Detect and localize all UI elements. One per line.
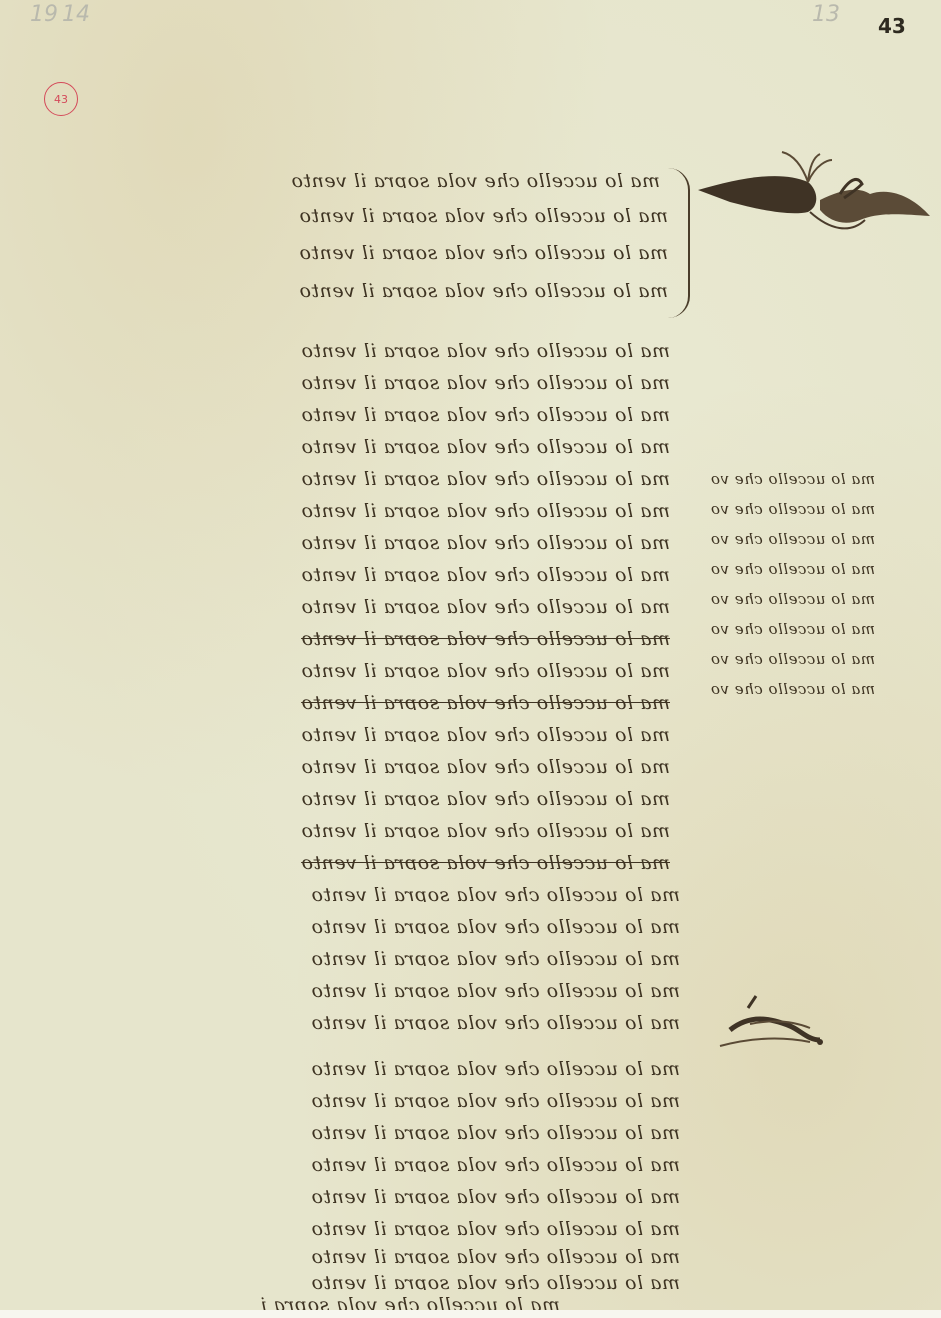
text-line: ma lo uccello che vola sopra il vento: [80, 1154, 680, 1172]
text-line: ma lo uccello che vola sopra il vento: [80, 1218, 680, 1236]
text-line: ma lo uccello che vola sopra il vento: [80, 1272, 680, 1290]
text-line: ma lo uccello che vola sopra il vento: [80, 1012, 680, 1030]
text-line: ma lo uccello che vola sopra il vento: [710, 650, 875, 668]
text-line: ma lo uccello che vola sopra il vento: [80, 980, 680, 998]
text-line-struck: ma lo uccello che vola sopra il vento: [80, 692, 670, 710]
text-line: ma lo uccello che vola sopra il vento: [80, 564, 670, 582]
text-line: ma lo uccello che vola sopra il vento: [80, 916, 680, 934]
text-line: ma lo uccello che vola sopra il vento: [80, 660, 670, 678]
text-line: ma lo uccello che vola sopra il vento: [710, 470, 875, 488]
text-line-struck: ma lo uccello che vola sopra il vento: [80, 628, 670, 646]
text-line: ma lo uccello che vola sopra il vento: [80, 280, 668, 298]
pencil-folio-mark: 19: [30, 2, 58, 27]
text-line: ma lo uccello che vola sopra il vento: [710, 560, 875, 578]
stamp-number: 43: [54, 93, 68, 106]
paragraph-bracket: [668, 168, 690, 318]
library-stamp: 43: [44, 82, 78, 116]
text-line: ma lo uccello che vola sopra il vento: [80, 404, 670, 422]
text-line: ma lo uccello che vola sopra il vento: [80, 756, 670, 774]
text-line: ma lo uccello che vola sopra il vento: [80, 170, 660, 188]
text-line: ma lo uccello che vola sopra il vento: [80, 532, 670, 550]
text-line-struck: ma lo uccello che vola sopra il vento: [80, 852, 670, 870]
text-line: ma lo uccello che vola sopra il vento: [260, 1294, 560, 1310]
bird-gliding-icon: [720, 990, 840, 1050]
text-line: ma lo uccello che vola sopra il vento: [80, 205, 668, 223]
text-line: ma lo uccello che vola sopra il vento: [80, 1090, 680, 1108]
text-line: ma lo uccello che vola sopra il vento: [80, 820, 670, 838]
text-line: ma lo uccello che vola sopra il vento: [80, 242, 668, 260]
text-line: ma lo uccello che vola sopra il vento: [710, 680, 875, 698]
text-line: ma lo uccello che vola sopra il vento: [710, 590, 875, 608]
pencil-folio-mark: 13: [812, 2, 840, 27]
text-line: ma lo uccello che vola sopra il vento: [80, 340, 670, 358]
text-line: ma lo uccello che vola sopra il vento: [80, 500, 670, 518]
scan-edge: [0, 1310, 941, 1318]
text-line: ma lo uccello che vola sopra il vento: [710, 500, 875, 518]
text-line: ma lo uccello che vola sopra il vento: [80, 724, 670, 742]
text-line: ma lo uccello che vola sopra il vento: [710, 530, 875, 548]
text-line: ma lo uccello che vola sopra il vento: [80, 436, 670, 454]
text-line: ma lo uccello che vola sopra il vento: [80, 948, 680, 966]
text-line: ma lo uccello che vola sopra il vento: [710, 620, 875, 638]
text-line: ma lo uccello che vola sopra il vento: [80, 788, 670, 806]
text-line: ma lo uccello che vola sopra il vento: [80, 884, 680, 902]
ink-folio-number: 43: [878, 14, 906, 38]
pencil-folio-mark: 14: [62, 2, 90, 27]
text-line: ma lo uccello che vola sopra il vento: [80, 1246, 680, 1264]
text-line: ma lo uccello che vola sopra il vento: [80, 372, 670, 390]
text-line: ma lo uccello che vola sopra il vento: [80, 1058, 680, 1076]
text-line: ma lo uccello che vola sopra il vento: [80, 468, 670, 486]
bird-in-flight-icon: [690, 150, 940, 250]
text-line: ma lo uccello che vola sopra il vento: [80, 596, 670, 614]
text-line: ma lo uccello che vola sopra il vento: [80, 1186, 680, 1204]
manuscript-page: 19 14 13 43 43 ma lo uccello che vola so…: [0, 0, 941, 1310]
text-line: ma lo uccello che vola sopra il vento: [80, 1122, 680, 1140]
